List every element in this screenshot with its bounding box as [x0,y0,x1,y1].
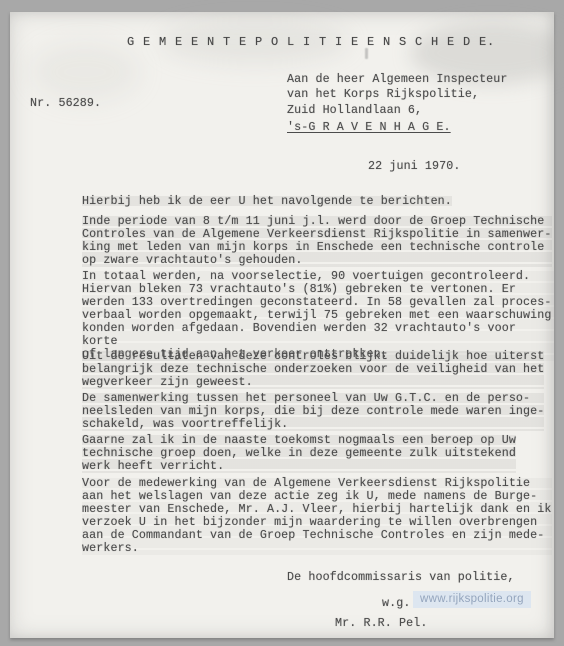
body-paragraph-7: Voor de medewerking van de Algemene Verk… [82,477,552,555]
letter-date: 22 juni 1970. [368,160,460,173]
letter-paper: G E M E E N T E P O L I T I E E N S C H … [10,12,554,638]
scan-mark [365,48,368,59]
body-paragraph-2: Inde periode van 8 t/m 11 juni j.l. werd… [82,215,552,267]
signed-abbreviation: w.g. [382,597,410,610]
reference-number: Nr. 56289. [30,97,101,110]
scan-smudge [30,42,140,102]
body-paragraph-4: Uit de resultaten van deze controles bli… [82,350,544,389]
recipient-address: Aan de heer Algemeen Inspecteur van het … [287,72,508,101]
closing-function-line: De hoofdcommissaris van politie, [287,571,515,584]
body-paragraph-6: Gaarne zal ik in de naaste toekomst nogm… [82,434,516,473]
signatory-name: Mr. R.R. Pel. [335,617,427,630]
body-paragraph-5: De samenwerking tussen het personeel van… [82,392,544,431]
body-paragraph-3: In totaal werden, na voorselectie, 90 vo… [82,270,554,361]
letter-title: G E M E E N T E P O L I T I E E N S C H … [127,36,495,49]
body-paragraph-1: Hierbij heb ik de eer U het navolgende t… [82,195,452,208]
recipient-city: 's-G R A V E N H A G E. [287,121,451,134]
recipient-street: Zuid Hollandlaan 6, [287,104,422,117]
watermark-website: www.rijkspolitie.org [413,591,531,608]
